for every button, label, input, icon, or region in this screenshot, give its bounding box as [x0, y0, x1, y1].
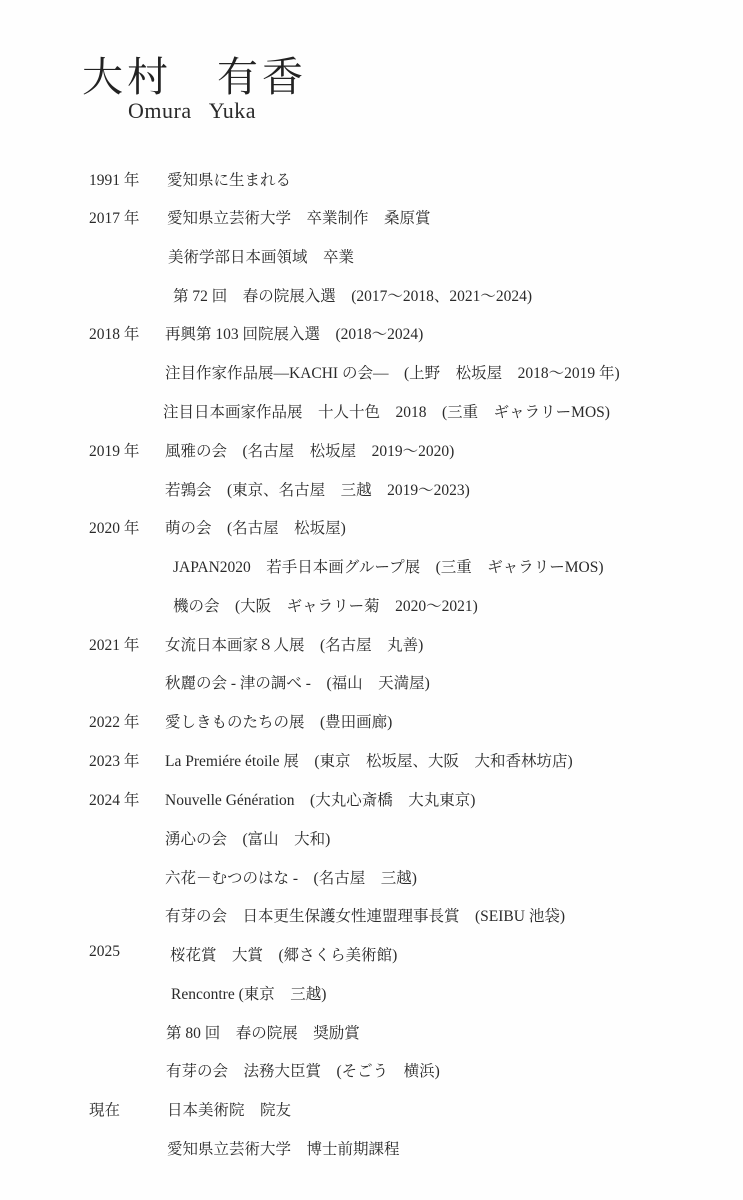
entry-text: 六花－むつのはな - (名古屋 三越)	[165, 866, 417, 888]
entry-year: 2020 年	[89, 516, 139, 538]
biography-entry: 湧心の会 (富山 大和)	[0, 827, 743, 857]
entry-year: 2021 年	[89, 633, 139, 655]
entry-year: 1991 年	[89, 168, 139, 190]
entry-text: 女流日本画家８人展 (名古屋 丸善)	[165, 633, 423, 655]
biography-entry: 2018 年 再興第 103 回院展入選 (2018～2024)	[0, 322, 743, 352]
entry-text: 愛知県に生まれる	[167, 168, 291, 190]
entry-text: 再興第 103 回院展入選 (2018～2024)	[165, 322, 423, 344]
biography-entry: 機の会 (大阪 ギャラリー菊 2020～2021)	[0, 594, 743, 624]
biography-entry: 2022 年 愛しきものたちの展 (豊田画廊)	[0, 710, 743, 740]
entry-year: 2017 年	[89, 206, 139, 228]
entry-year: 2019 年	[89, 439, 139, 461]
entry-text: 風雅の会 (名古屋 松坂屋 2019～2020)	[165, 439, 454, 461]
biography-entry: 2021 年 女流日本画家８人展 (名古屋 丸善)	[0, 633, 743, 663]
biography-entry: 2020 年 萌の会 (名古屋 松坂屋)	[0, 516, 743, 546]
biography-entry: 注目日本画家作品展 十人十色 2018 (三重 ギャラリーMOS)	[0, 400, 743, 430]
entry-text: 若鶉会 (東京、名古屋 三越 2019～2023)	[165, 478, 470, 500]
biography-entry: 第 80 回 春の院展 奨励賞	[0, 1021, 743, 1051]
biography-entry: 有芽の会 法務大臣賞 (そごう 横浜)	[0, 1059, 743, 1089]
biography-entry: 現在 日本美術院 院友	[0, 1098, 743, 1128]
entry-text: 第 80 回 春の院展 奨励賞	[166, 1021, 360, 1043]
entry-year: 2018 年	[89, 322, 139, 344]
biography-entry: 2019 年 風雅の会 (名古屋 松坂屋 2019～2020)	[0, 439, 743, 469]
entry-text: 秋麗の会 - 津の調べ - (福山 天満屋)	[165, 671, 430, 693]
entry-text: Rencontre (東京 三越)	[171, 982, 326, 1004]
entry-text: 有芽の会 法務大臣賞 (そごう 横浜)	[166, 1059, 440, 1081]
biography-entry: 2025 桜花賞 大賞 (郷さくら美術館)	[0, 943, 743, 973]
biography-entry: 2017 年 愛知県立芸術大学 卒業制作 桑原賞	[0, 206, 743, 236]
biography-entry: 第 72 回 春の院展入選 (2017～2018、2021～2024)	[0, 284, 743, 314]
entry-text: Nouvelle Génération (大丸心斎橋 大丸東京)	[165, 788, 475, 810]
entry-text: 有芽の会 日本更生保護女性連盟理事長賞 (SEIBU 池袋)	[165, 904, 565, 926]
entry-text: 日本美術院 院友	[167, 1098, 291, 1120]
biography-entry: 秋麗の会 - 津の調べ - (福山 天満屋)	[0, 671, 743, 701]
entry-text: 愛知県立芸術大学 卒業制作 桑原賞	[167, 206, 431, 228]
entry-text: 注目作家作品展―KACHI の会― (上野 松坂屋 2018～2019 年)	[165, 361, 620, 383]
entry-year: 現在	[89, 1098, 120, 1120]
entry-year: 2024 年	[89, 788, 139, 810]
entry-text: 萌の会 (名古屋 松坂屋)	[165, 516, 346, 538]
entry-text: 注目日本画家作品展 十人十色 2018 (三重 ギャラリーMOS)	[163, 400, 610, 422]
biography-entry: 1991 年 愛知県に生まれる	[0, 168, 743, 198]
entry-text: 機の会 (大阪 ギャラリー菊 2020～2021)	[173, 594, 478, 616]
entry-text: La Premiére étoile 展 (東京 松坂屋、大阪 大和香林坊店)	[165, 749, 573, 771]
biography-entry: 2024 年 Nouvelle Génération (大丸心斎橋 大丸東京)	[0, 788, 743, 818]
artist-name-romanized: Omura Yuka	[128, 98, 256, 124]
biography-entry: 若鶉会 (東京、名古屋 三越 2019～2023)	[0, 478, 743, 508]
biography-entry: Rencontre (東京 三越)	[0, 982, 743, 1012]
entry-text: 第 72 回 春の院展入選 (2017～2018、2021～2024)	[173, 284, 532, 306]
entry-year: 2023 年	[89, 749, 139, 771]
biography-entry: 美術学部日本画領域 卒業	[0, 245, 743, 275]
biography-entry: 六花－むつのはな - (名古屋 三越)	[0, 866, 743, 896]
entry-year: 2022 年	[89, 710, 139, 732]
biography-entry: 2023 年 La Premiére étoile 展 (東京 松坂屋、大阪 大…	[0, 749, 743, 779]
biography-entry: JAPAN2020 若手日本画グループ展 (三重 ギャラリーMOS)	[0, 555, 743, 585]
artist-name-japanese: 大村 有香	[82, 44, 307, 103]
entry-year: 2025	[89, 943, 120, 961]
biography-entry: 有芽の会 日本更生保護女性連盟理事長賞 (SEIBU 池袋)	[0, 904, 743, 934]
entry-text: 美術学部日本画領域 卒業	[168, 245, 354, 267]
entry-text: 愛しきものたちの展 (豊田画廊)	[165, 710, 392, 732]
entry-text: JAPAN2020 若手日本画グループ展 (三重 ギャラリーMOS)	[173, 555, 604, 577]
entry-text: 愛知県立芸術大学 博士前期課程	[167, 1137, 400, 1159]
entry-text: 桜花賞 大賞 (郷さくら美術館)	[170, 943, 397, 965]
biography-entry: 注目作家作品展―KACHI の会― (上野 松坂屋 2018～2019 年)	[0, 361, 743, 391]
biography-entry: 愛知県立芸術大学 博士前期課程	[0, 1137, 743, 1167]
entry-text: 湧心の会 (富山 大和)	[165, 827, 330, 849]
